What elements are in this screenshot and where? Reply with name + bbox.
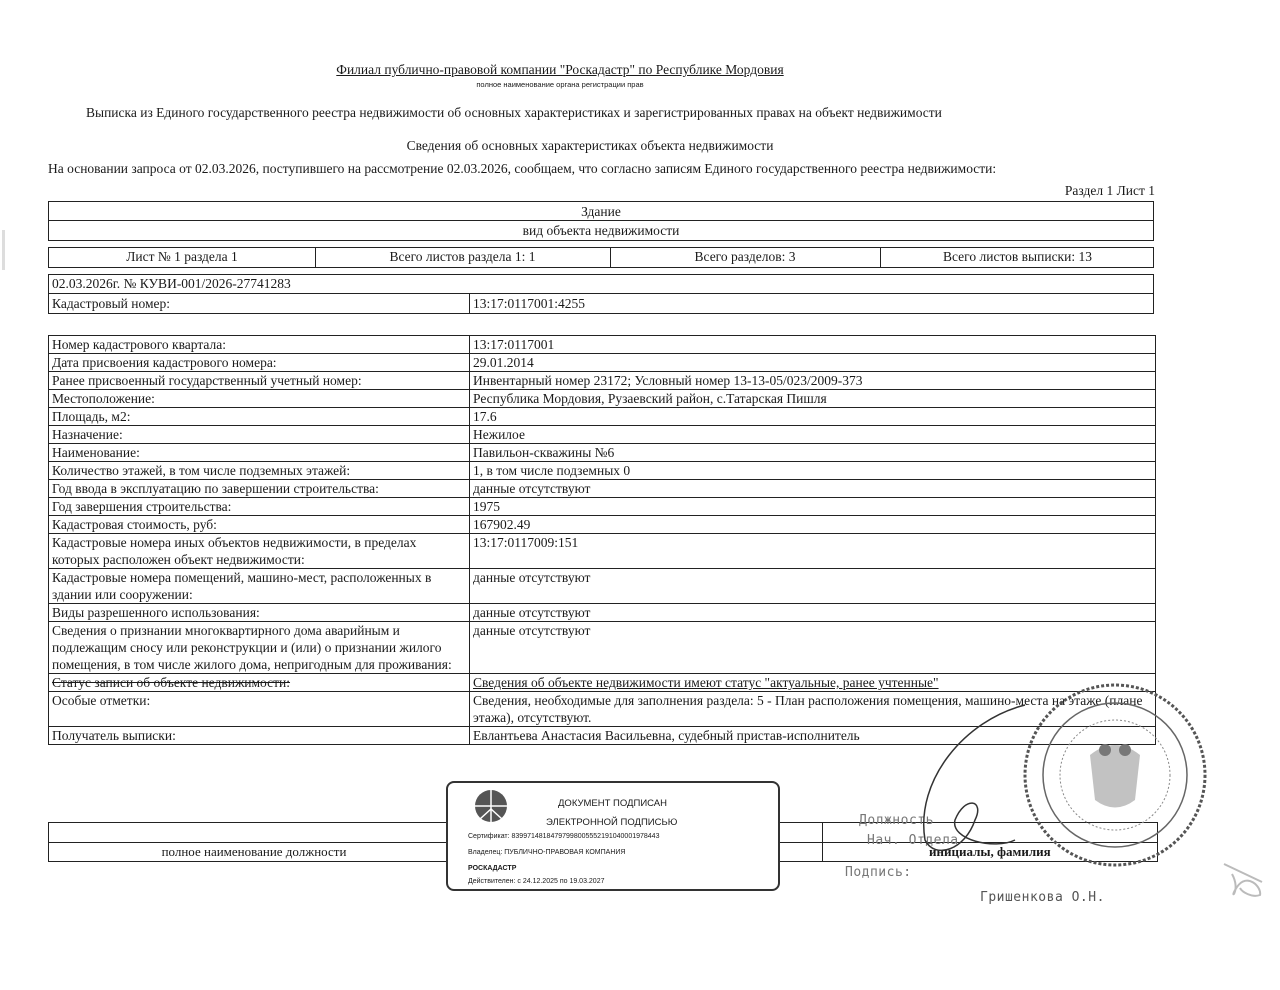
row-label: Год ввода в эксплуатацию по завершении с… (49, 480, 470, 498)
esig-line2: ЭЛЕКТРОННОЙ ПОДПИСЬЮ (546, 817, 677, 828)
row-value: 13:17:0117001 (470, 336, 1156, 354)
table-row: Местоположение:Республика Мордовия, Руза… (49, 390, 1156, 408)
row-value: 167902.49 (470, 516, 1156, 534)
row-value: Нежилое (470, 426, 1156, 444)
row-value: 17.6 (470, 408, 1156, 426)
row-label: Год завершения строительства: (49, 498, 470, 516)
sheets-total: Всего листов выписки: 13 (880, 249, 1155, 265)
sheet-number: Лист № 1 раздела 1 (49, 249, 315, 265)
table-row: Количество этажей, в том числе подземных… (49, 462, 1156, 480)
row-label: Местоположение: (49, 390, 470, 408)
row-label: Виды разрешенного использования: (49, 604, 470, 622)
row-value: данные отсутствуют (470, 569, 1156, 604)
table-row: Год ввода в эксплуатацию по завершении с… (49, 480, 1156, 498)
row-label: Наименование: (49, 444, 470, 462)
row-label: Количество этажей, в том числе подземных… (49, 462, 470, 480)
table-row: Сведения о признании многоквартирного до… (49, 622, 1156, 674)
row-label: Сведения о признании многоквартирного до… (49, 622, 470, 674)
row-value: Павильон-скважины №6 (470, 444, 1156, 462)
handwritten-sign-label: Подпись: (845, 865, 912, 880)
row-value: 29.01.2014 (470, 354, 1156, 372)
electronic-signature-stamp: ДОКУМЕНТ ПОДПИСАН ЭЛЕКТРОННОЙ ПОДПИСЬЮ С… (446, 781, 780, 891)
row-value: данные отсутствуют (470, 480, 1156, 498)
request-box: 02.03.2026г. № КУВИ-001/2026-27741283 Ка… (48, 274, 1154, 314)
table-row: Дата присвоения кадастрового номера:29.0… (49, 354, 1156, 372)
row-label: Номер кадастрового квартала: (49, 336, 470, 354)
page-mark-icon (1222, 862, 1267, 902)
row-label: Кадастровые номера помещений, машино-мес… (49, 569, 470, 604)
esig-line1: ДОКУМЕНТ ПОДПИСАН (558, 798, 667, 809)
row-label: Кадастровая стоимость, руб: (49, 516, 470, 534)
row-label: Назначение: (49, 426, 470, 444)
row-label: Статус записи об объекте недвижимости: (49, 674, 470, 692)
esig-owner: Владелец: ПУБЛИЧНО-ПРАВОВАЯ КОМПАНИЯ (468, 849, 625, 856)
sheets-info-box: Лист № 1 раздела 1 Всего листов раздела … (48, 247, 1154, 268)
table-row: Площадь, м2:17.6 (49, 408, 1156, 426)
object-type-box: Здание вид объекта недвижимости (48, 201, 1154, 241)
section-title: Сведения об основных характеристиках объ… (0, 138, 1180, 154)
position-caption: полное наименование должности (49, 844, 459, 860)
row-value: Инвентарный номер 23172; Условный номер … (470, 372, 1156, 390)
request-number: 02.03.2026г. № КУВИ-001/2026-27741283 (52, 276, 291, 292)
esig-owner2: РОСКАДАСТР (468, 865, 516, 872)
cadastral-number-label: Кадастровый номер: (52, 296, 170, 312)
sheets-in-section: Всего листов раздела 1: 1 (315, 249, 610, 265)
row-value: 1, в том числе подземных 0 (470, 462, 1156, 480)
row-value: данные отсутствуют (470, 604, 1156, 622)
row-label: Площадь, м2: (49, 408, 470, 426)
org-name: Филиал публично-правовой компании "Роска… (0, 62, 1120, 78)
row-value: данные отсутствуют (470, 622, 1156, 674)
row-label: Кадастровые номера иных объектов недвижи… (49, 534, 470, 569)
row-label: Дата присвоения кадастрового номера: (49, 354, 470, 372)
row-value: 13:17:0117009:151 (470, 534, 1156, 569)
org-caption: полное наименование органа регистрации п… (0, 80, 1120, 89)
row-value: Республика Мордовия, Рузаевский район, с… (470, 390, 1156, 408)
scan-edge-mark (2, 230, 5, 270)
table-row: Виды разрешенного использования:данные о… (49, 604, 1156, 622)
row-label: Получатель выписки: (49, 727, 470, 745)
handwritten-signature-icon (905, 700, 1045, 860)
characteristics-table: Номер кадастрового квартала:13:17:011700… (48, 335, 1156, 745)
row-label: Особые отметки: (49, 692, 470, 727)
table-row: Кадастровая стоимость, руб:167902.49 (49, 516, 1156, 534)
table-row: Кадастровые номера помещений, машино-мес… (49, 569, 1156, 604)
table-row: Назначение:Нежилое (49, 426, 1156, 444)
table-row: Номер кадастрового квартала:13:17:011700… (49, 336, 1156, 354)
table-row: Кадастровые номера иных объектов недвижи… (49, 534, 1156, 569)
section-sheet-label: Раздел 1 Лист 1 (1065, 183, 1155, 199)
handwritten-name: Гришенкова О.Н. (980, 890, 1105, 905)
rosreestr-logo-icon (474, 789, 508, 823)
esig-valid: Действителен: с 24.12.2025 по 19.03.2027 (468, 878, 605, 885)
esig-certificate: Сертификат: 8399714818479799800555219104… (468, 833, 659, 840)
sections-total: Всего разделов: 3 (610, 249, 880, 265)
intro-text: На основании запроса от 02.03.2026, пост… (48, 161, 996, 177)
cadastral-number-value: 13:17:0117001:4255 (473, 296, 585, 312)
table-row: Ранее присвоенный государственный учетны… (49, 372, 1156, 390)
row-value: 1975 (470, 498, 1156, 516)
document-title: Выписка из Единого государственного реес… (86, 105, 942, 121)
table-row: Статус записи об объекте недвижимости:Св… (49, 674, 1156, 692)
object-type: Здание (49, 204, 1153, 220)
object-type-caption: вид объекта недвижимости (49, 223, 1153, 239)
table-row: Год завершения строительства:1975 (49, 498, 1156, 516)
row-label: Ранее присвоенный государственный учетны… (49, 372, 470, 390)
table-row: Наименование:Павильон-скважины №6 (49, 444, 1156, 462)
